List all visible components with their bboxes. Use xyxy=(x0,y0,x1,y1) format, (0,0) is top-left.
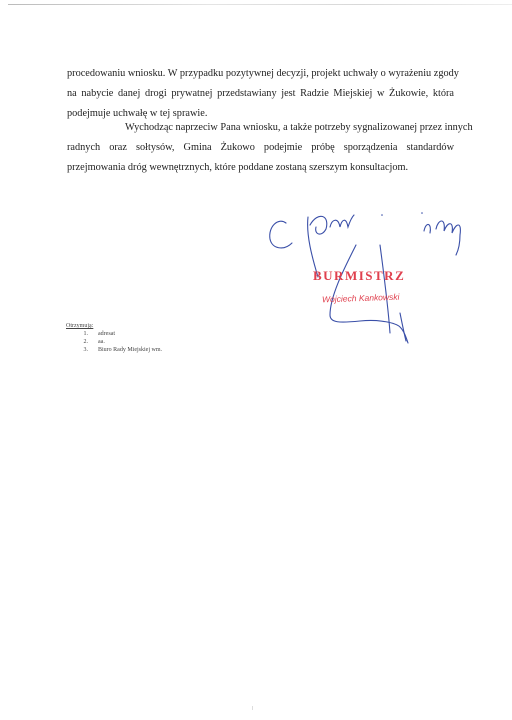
item-label: adresat xyxy=(98,330,115,338)
stamp-title: BURMISTRZ xyxy=(313,268,405,284)
recipients-header: Otrzymują: xyxy=(66,322,162,330)
list-item: 2. aa. xyxy=(66,338,162,346)
paragraph-1: procedowaniu wniosku. W przypadku pozyty… xyxy=(67,64,454,124)
paragraph-2: Wychodząc naprzeciw Pana wniosku, a takż… xyxy=(67,118,454,178)
text-line: procedowaniu wniosku. W przypadku pozyty… xyxy=(67,64,454,84)
text-line: przejmowania dróg wewnętrznych, które po… xyxy=(67,158,454,178)
item-number: 3. xyxy=(66,346,98,354)
item-label: aa. xyxy=(98,338,105,346)
list-item: 1. adresat xyxy=(66,330,162,338)
list-item: 3. Biuro Rady Miejskiej wm. xyxy=(66,346,162,354)
header-rule xyxy=(8,4,512,5)
text-line: na nabycie danej drogi prywatnej przedst… xyxy=(67,84,454,104)
item-number: 2. xyxy=(66,338,98,346)
scan-mark xyxy=(252,706,253,710)
item-number: 1. xyxy=(66,330,98,338)
recipients-list: Otrzymują: 1. adresat 2. aa. 3. Biuro Ra… xyxy=(66,322,162,354)
item-label: Biuro Rady Miejskiej wm. xyxy=(98,346,162,354)
text-line: Wychodząc naprzeciw Pana wniosku, a takż… xyxy=(67,118,454,138)
text-line: radnych oraz sołtysów, Gmina Żukowo pode… xyxy=(67,138,454,158)
